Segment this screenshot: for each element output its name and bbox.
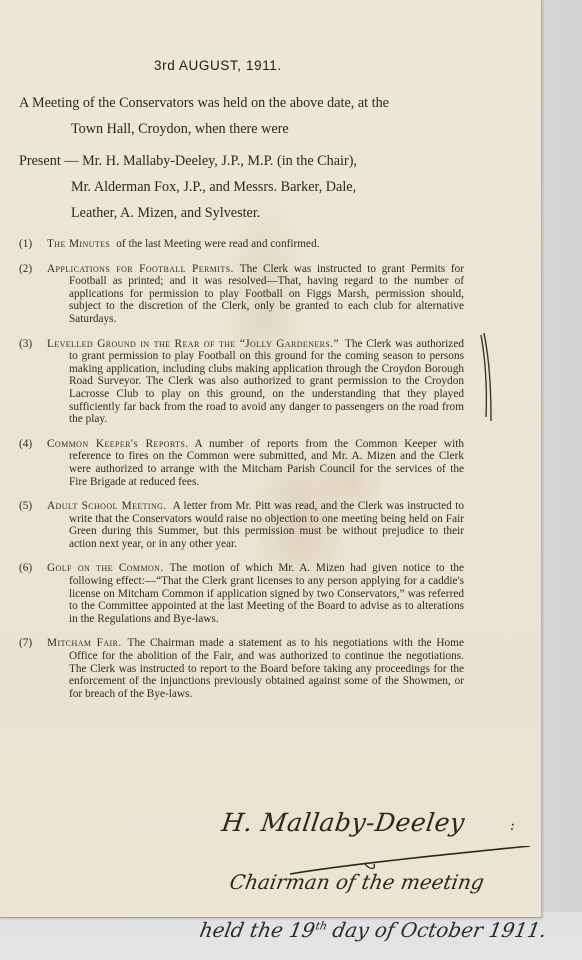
present-label: Present — bbox=[19, 153, 79, 169]
item-text: The Chairman made a statement as to his … bbox=[69, 637, 464, 699]
minute-item: (3) Levelled Ground in the Rear of the “… bbox=[19, 338, 464, 426]
minute-item: (7) Mitcham Fair.The Chairman made a sta… bbox=[19, 637, 464, 700]
intro-line-2: Town Hall, Croydon, when there were bbox=[19, 116, 459, 142]
intro-line-1: A Meeting of the Conservators was held o… bbox=[19, 90, 459, 116]
held-suffix: day of October 1911. bbox=[324, 918, 548, 942]
minute-item: (6) Golf on the Common.The motion of whi… bbox=[19, 562, 464, 625]
pasted-minutes-sheet: 3rd AUGUST, 1911. A Meeting of the Conse… bbox=[0, 0, 542, 918]
meeting-date-heading: 3rd AUGUST, 1911. bbox=[0, 58, 582, 73]
item-number: (4) bbox=[19, 438, 45, 451]
chairman-signature: H. Mallaby-Deeley bbox=[220, 808, 467, 837]
handwritten-margin-mark bbox=[478, 333, 498, 423]
item-number: (1) bbox=[19, 238, 45, 251]
signature-colon: : bbox=[510, 818, 515, 834]
minute-item: (2) Applications for Football Permits.Th… bbox=[19, 263, 464, 326]
item-number: (3) bbox=[19, 338, 45, 351]
item-heading: The Minutes bbox=[47, 238, 110, 250]
item-heading: Golf on the Common. bbox=[47, 562, 164, 574]
item-heading: Mitcham Fair. bbox=[47, 637, 122, 649]
item-text: The Clerk was authorized to grant permis… bbox=[69, 338, 464, 426]
minute-item: (1) The Minutesof the last Meeting were … bbox=[19, 238, 464, 251]
signatory-role: Chairman of the meeting bbox=[228, 870, 486, 894]
confirmation-date: held the 19th day of October 1911. bbox=[198, 918, 549, 942]
item-heading: Adult School Meeting. bbox=[47, 500, 167, 512]
item-number: (6) bbox=[19, 562, 45, 575]
minute-item: (4) Common Keeper's Reports.A number of … bbox=[19, 438, 464, 488]
attendees-line-2: Mr. Alderman Fox, J.P., and Messrs. Bark… bbox=[19, 174, 459, 200]
minute-item: (5) Adult School Meeting.A letter from M… bbox=[19, 500, 464, 550]
minutes-items: (1) The Minutesof the last Meeting were … bbox=[19, 238, 464, 712]
item-heading: Common Keeper's Reports. bbox=[47, 438, 189, 450]
held-prefix: held the 19 bbox=[198, 918, 317, 942]
attendees-line-3: Leather, A. Mizen, and Sylvester. bbox=[19, 200, 459, 226]
item-heading: Applications for Football Permits. bbox=[47, 263, 234, 275]
attendees-line-1: Mr. H. Mallaby-Deeley, J.P., M.P. (in th… bbox=[82, 153, 357, 169]
item-heading: Levelled Ground in the Rear of the “Joll… bbox=[47, 338, 339, 350]
item-number: (2) bbox=[19, 263, 45, 276]
meeting-intro: A Meeting of the Conservators was held o… bbox=[19, 90, 459, 142]
item-number: (7) bbox=[19, 637, 45, 650]
item-number: (5) bbox=[19, 500, 45, 513]
item-text: of the last Meeting were read and confir… bbox=[116, 238, 319, 250]
attendees-list: Present — Mr. H. Mallaby-Deeley, J.P., M… bbox=[19, 148, 459, 226]
